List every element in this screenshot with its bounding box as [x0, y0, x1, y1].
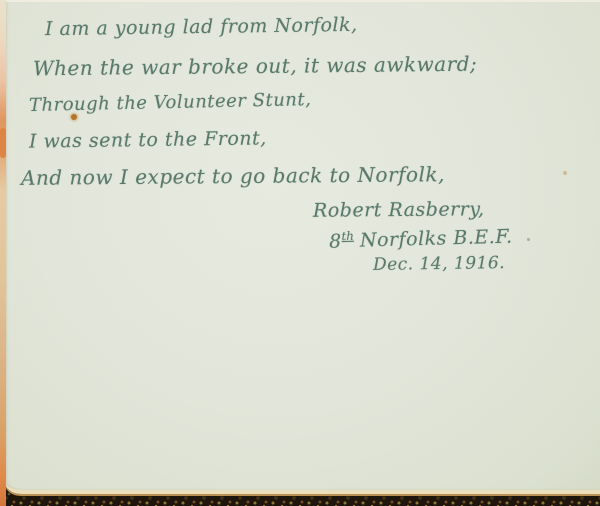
- signature-unit-rest: Norfolks B.E.F.: [360, 226, 513, 252]
- signature-unit-number: 8: [329, 230, 342, 252]
- signature-date: Dec. 14, 1916.: [373, 253, 505, 275]
- poem-line-1: I am a young lad from Norfolk,: [45, 14, 358, 40]
- signature-unit: 8thNorfolks B.E.F.: [329, 225, 513, 253]
- foxing-spot: [563, 171, 567, 175]
- poem-line-4: I was sent to the Front,: [29, 127, 267, 152]
- poem-line-2: When the war broke out, it was awkward;: [33, 52, 477, 81]
- album-page: I am a young lad from Norfolk, When the …: [5, 0, 600, 494]
- foxing-spot: [527, 238, 530, 241]
- binding-smudge: [0, 128, 6, 158]
- binding-edge: [0, 0, 6, 506]
- poem-line-5: And now I expect to go back to Norfolk,: [21, 162, 445, 190]
- foxing-spot: [71, 114, 77, 120]
- autograph-album-scan: I am a young lad from Norfolk, When the …: [0, 0, 600, 506]
- poem-line-3: Through the Volunteer Stunt,: [29, 89, 312, 116]
- signature-unit-ordinal: th: [341, 229, 354, 243]
- signature-name: Robert Rasberry,: [313, 198, 485, 221]
